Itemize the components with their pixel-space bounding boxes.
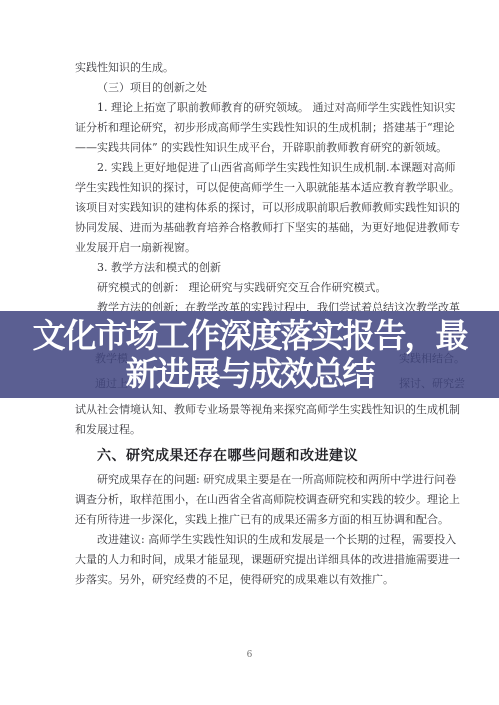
doc-line: 业发展开启一扇新视窗。 [75,238,465,258]
section-heading: 六、研究成果还存在哪些问题和改进建议 [75,444,465,468]
document-text-upper: 实践性知识的生成。（三）项目的创新之处1. 理论上拓宽了职前教师教育的研究领域。… [75,58,465,318]
doc-line: 学生实践性知识的探讨，可以促使高师学生一入职就能基本适应教育教学职业。 [75,178,465,198]
page-number: 6 [0,650,499,660]
doc-line: 改进建议: 高师学生实践性知识的生成和发展是一个长期的过程，需要投入 [75,530,465,550]
doc-line: 步落实。另外，研究经费的不足，使得研究的成果难以有效推广。 [75,570,465,590]
banner-title-line-2: 新进展与成效总结 [0,355,499,393]
doc-line: 大量的人力和时间，成果才能显现，课题研究提出详细具体的改进措施需要进一 [75,550,465,570]
doc-line: 3. 教学方法和模式的创新 [75,258,465,278]
doc-line: 研究成果存在的问题: 研究成果主要是在一所高师院校和两所中学进行问卷 [75,470,465,490]
banner-title-line-1: 文化市场工作深度落实报告，最 [0,317,499,355]
doc-line: 证分析和理论研究，初步形成高师学生实践性知识的生成机制；搭建基于“理论 [75,118,465,138]
doc-line: ——实践共同体” 的实践性知识生成平台，开辟职前教师教育研究的新领域。 [75,138,465,158]
doc-line: 1. 理论上拓宽了职前教师教育的研究领域。 通过对高师学生实践性知识实 [75,98,465,118]
banner-title: 文化市场工作深度落实报告，最 新进展与成效总结 [0,317,499,393]
overlay-banner: 进学教学模实践相结合。通过上探讨、研究尝 文化市场工作深度落实报告，最 新进展与… [0,311,499,398]
doc-line: 调查分析，取样范围小，在山西省全省高师院校调查研究和实践的较少。理论上 [75,490,465,510]
doc-line: 试从社会情境认知、教师专业场景等视角来探究高师学生实践性知识的生成机制 [75,400,465,420]
doc-line: 协同发展、进而为基础教育培养合格教师打下坚实的基础，为更好地促进教师专 [75,218,465,238]
doc-line: 实践性知识的生成。 [75,58,465,78]
doc-line: 2. 实践上更好地促进了山西省高师学生实践性知识生成机制.本课题对高师 [75,158,465,178]
doc-line: 该项目对实践知识的建构体系的探讨，可以形成职前职后教师教师实践性知识的 [75,198,465,218]
doc-line: 还有所待进一步深化，实践上推广已有的成果还需多方面的相互协调和配合。 [75,510,465,530]
doc-line: （三）项目的创新之处 [75,78,465,98]
doc-line: 和发展过程。 [75,420,465,440]
doc-line: 研究模式的创新： 理论研究与实践研究交互合作研究模式。 [75,278,465,298]
document-text-lower: 试从社会情境认知、教师专业场景等视角来探究高师学生实践性知识的生成机制和发展过程… [75,400,465,590]
